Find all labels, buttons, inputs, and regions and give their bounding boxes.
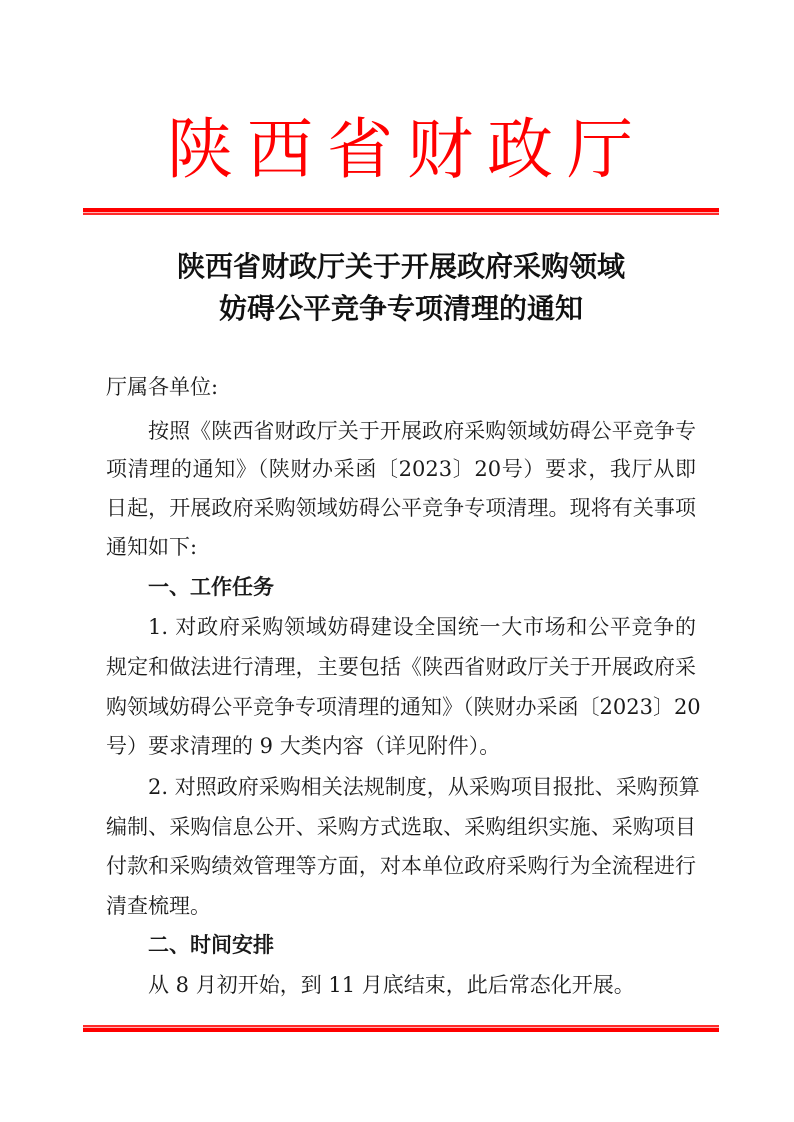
intro-line-1: 按照《陕西省财政厅关于开展政府采购领域妨碍公平竞争专 bbox=[148, 412, 696, 450]
masthead-char: 西 bbox=[240, 108, 320, 192]
schedule-text: 从 8 月初开始，到 11 月底结束，此后常态化开展。 bbox=[148, 966, 696, 1004]
masthead-char: 厅 bbox=[560, 108, 640, 192]
divider-thin-line bbox=[83, 213, 719, 215]
masthead-char: 财 bbox=[400, 108, 480, 192]
divider-thick-line bbox=[83, 1028, 719, 1032]
masthead-char: 省 bbox=[320, 108, 400, 192]
salutation: 厅属各单位: bbox=[106, 368, 696, 406]
document-page: 陕 西 省 财 政 厅 陕西省财政厅关于开展政府采购领域 妨碍公平竞争专项清理的… bbox=[0, 0, 794, 1122]
item1-line-2: 规定和做法进行清理，主要包括《陕西省财政厅关于开展政府采 bbox=[106, 648, 696, 686]
masthead-char: 陕 bbox=[160, 108, 240, 192]
masthead-divider bbox=[83, 208, 719, 215]
document-title: 陕西省财政厅关于开展政府采购领域 妨碍公平竞争专项清理的通知 bbox=[83, 246, 719, 330]
item2-line-2: 编制、采购信息公开、采购方式选取、采购组织实施、采购项目 bbox=[106, 808, 696, 846]
item1-line-4: 号）要求清理的 9 大类内容（详见附件）。 bbox=[106, 727, 696, 765]
intro-line-4: 通知如下: bbox=[106, 528, 696, 566]
footer-divider bbox=[83, 1025, 719, 1032]
title-line-1: 陕西省财政厅关于开展政府采购领域 bbox=[83, 246, 719, 288]
title-line-2: 妨碍公平竞争专项清理的通知 bbox=[83, 288, 719, 330]
masthead-char: 政 bbox=[480, 108, 560, 192]
item2-line-1: 2. 对照政府采购相关法规制度，从采购项目报批、采购预算 bbox=[148, 768, 696, 806]
item1-line-3: 购领域妨碍公平竞争专项清理的通知》（陕财办采函〔2023〕20 bbox=[106, 688, 696, 726]
item1-line-1: 1. 对政府采购领域妨碍建设全国统一大市场和公平竞争的 bbox=[148, 608, 696, 646]
section-heading-schedule: 二、时间安排 bbox=[148, 926, 696, 964]
section-heading-tasks: 一、工作任务 bbox=[148, 568, 696, 606]
item2-line-3: 付款和采购绩效管理等方面，对本单位政府采购行为全流程进行 bbox=[106, 847, 696, 885]
intro-line-2: 项清理的通知》（陕财办采函〔2023〕20号）要求，我厅从即 bbox=[106, 450, 696, 488]
intro-line-3: 日起，开展政府采购领域妨碍公平竞争专项清理。现将有关事项 bbox=[106, 489, 696, 527]
masthead: 陕 西 省 财 政 厅 bbox=[160, 108, 640, 192]
item2-line-4: 清查梳理。 bbox=[106, 887, 696, 925]
